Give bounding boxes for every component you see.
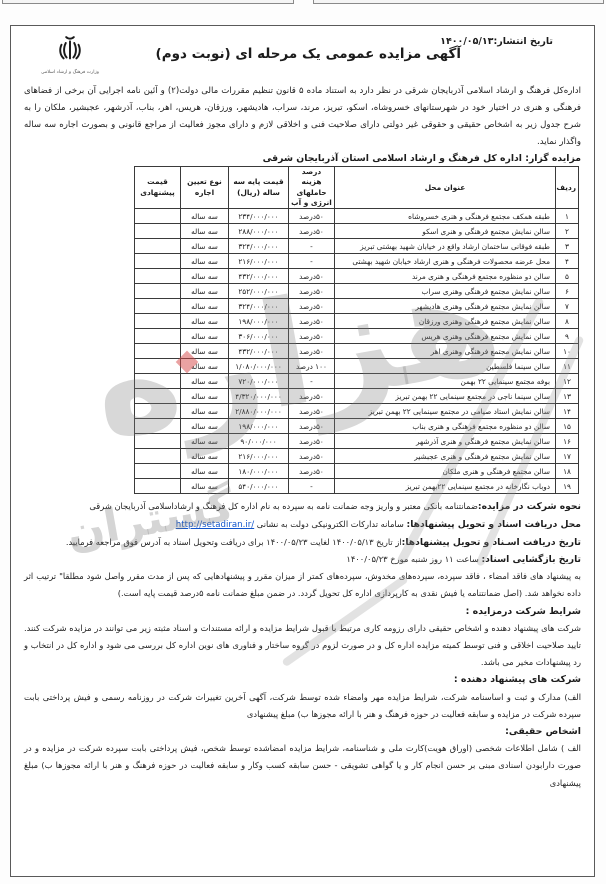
cell-place: سالن دو منظوره مجتمع فرهنگی و هنری مرند [335, 269, 556, 284]
cell-rent: سه ساله [181, 404, 229, 419]
cell-energy: ۵۰درصد [289, 344, 335, 359]
cell-no: ۱۴ [556, 404, 579, 419]
document-header: تاریخ انتشار:۱۴۰۰/۰۵/۱۳ آگهی مزایده عموم… [24, 31, 581, 81]
cell-proposed [135, 254, 181, 269]
cell-no: ۱ [556, 209, 579, 224]
table-row: ۱۲بوفه مجتمع سینمایی ۲۲ بهمن-۷۲۰/۰۰۰/۰۰۰… [135, 374, 579, 389]
cell-no: ۷ [556, 299, 579, 314]
section-label: نحوه شرکت در مزایده: [478, 501, 581, 512]
table-row: ۹سالن نمایش مجتمع فرهنگی وهنری هریس۵۰درص… [135, 329, 579, 344]
cell-base: ۲۱۶/۰۰۰/۰۰۰ [229, 254, 289, 269]
conditions-sections: نحوه شرکت در مزایده:ضمانتنامه بانکی معتب… [24, 498, 581, 791]
col-header-place: عنوان محل [335, 167, 556, 209]
cell-proposed [135, 239, 181, 254]
section-label: تاریخ بازگشایی اسناد: [481, 554, 581, 565]
cell-no: ۵ [556, 269, 579, 284]
cell-base: ۲۵۲/۰۰۰/۰۰۰ [229, 284, 289, 299]
col-header-row-no: ردیف [556, 167, 579, 209]
cell-energy: ۵۰درصد [289, 389, 335, 404]
section-invalid-bids: به پیشنهاد های فاقد امضاء ، فاقد سپرده، … [24, 568, 581, 602]
cell-no: ۱۳ [556, 389, 579, 404]
cell-proposed [135, 284, 181, 299]
section-text: ضمانتنامه بانکی معتبر و واریز وجه ضمانت … [89, 501, 478, 511]
section-individual-requirements: الف ) شامل اطلاعات شخصی (اوراق هویت)کارت… [24, 740, 581, 792]
auctioneer-label: مزایده گزار: [525, 153, 581, 164]
cell-rent: سه ساله [181, 359, 229, 374]
cell-no: ۸ [556, 314, 579, 329]
cell-energy: ۱۰۰ درصد [289, 359, 335, 374]
cell-place: سالن نمایش مجتمع فرهنگی و هنری اسکو [335, 224, 556, 239]
table-row: ۶سالن نمایش مجتمع فرهنگی وهنری سراب۵۰درص… [135, 284, 579, 299]
cell-proposed [135, 344, 181, 359]
cell-proposed [135, 314, 181, 329]
cell-place: سالن دو منظوره مجتمع فرهنگی و هنری بناب [335, 419, 556, 434]
cell-energy: ۵۰درصد [289, 419, 335, 434]
table-row: ۱۱سالن سینما فلسطین۱۰۰ درصد۱/۰۸۰/۰۰۰/۰۰۰… [135, 359, 579, 374]
cell-place: طبقه فوقانی ساختمان ارشاد واقع در خیابان… [335, 239, 556, 254]
ministry-logo: وزارت فرهنگ و ارشاد اسلامی [38, 32, 102, 76]
cell-no: ۱۵ [556, 419, 579, 434]
cell-place: سالن نمایش استاد صیامی در مجتمع سینمایی … [335, 404, 556, 419]
cell-energy: - [289, 374, 335, 389]
cell-proposed [135, 389, 181, 404]
cell-proposed [135, 269, 181, 284]
cell-rent: سه ساله [181, 224, 229, 239]
cell-base: ۲/۸۸۰/۰۰۰/۰۰۰ [229, 404, 289, 419]
setadiran-link[interactable]: http://setadiran.ir/ [176, 520, 254, 530]
cell-no: ۶ [556, 284, 579, 299]
section-heading-companies: شرکت های پیشنهاد دهنده : [24, 671, 581, 688]
cell-proposed [135, 329, 181, 344]
cell-no: ۱۲ [556, 374, 579, 389]
ministry-emblem-icon [54, 51, 86, 70]
ministry-name: وزارت فرهنگ و ارشاد اسلامی [38, 70, 102, 76]
cell-no: ۱۸ [556, 464, 579, 479]
cell-energy: ۵۰درصد [289, 224, 335, 239]
cell-rent: سه ساله [181, 389, 229, 404]
cell-place: سالن نمایش مجتمع فرهنگی وهنری اهر [335, 344, 556, 359]
page-title: آگهی مزایده عمومی یک مرحله ای (نوبت دوم) [164, 46, 461, 62]
table-row: ۱۰سالن نمایش مجتمع فرهنگی وهنری اهر۵۰درص… [135, 344, 579, 359]
cell-energy: ۵۰درصد [289, 329, 335, 344]
section-opening-date: تاریخ بازگشایی اسناد: ساعت ۱۱ روز شنبه م… [24, 551, 581, 568]
cell-no: ۳ [556, 239, 579, 254]
col-header-rent-type: نوع تعیین اجاره [181, 167, 229, 209]
intro-paragraph: اداره‌کل فرهنگ و ارشاد اسلامی آذربایجان … [24, 83, 581, 151]
table-row: ۲سالن نمایش مجتمع فرهنگی و هنری اسکو۵۰در… [135, 224, 579, 239]
cell-proposed [135, 419, 181, 434]
cell-energy: ۵۰درصد [289, 314, 335, 329]
table-row: ۴محل عرضه محصولات فرهنگی و هنری ارشاد خی… [135, 254, 579, 269]
cell-proposed [135, 209, 181, 224]
auction-table-body: ۱طبقه همکف مجتمع فرهنگی و هنری خسروشاه۵۰… [135, 209, 579, 494]
table-row: ۵سالن دو منظوره مجتمع فرهنگی و هنری مرند… [135, 269, 579, 284]
cell-base: ۷۲۰/۰۰۰/۰۰۰ [229, 374, 289, 389]
table-row: ۱۹دوباب نگارخانه در مجتمع سینمایی ۲۲بهمن… [135, 479, 579, 494]
cell-place: سالن نمایش مجتمع فرهنگی و هنری آذرشهر [335, 434, 556, 449]
cell-place: بوفه مجتمع سینمایی ۲۲ بهمن [335, 374, 556, 389]
cell-no: ۱۷ [556, 449, 579, 464]
cell-base: ۴۳۲/۰۰۰/۰۰۰ [229, 344, 289, 359]
section-text: به پیشنهاد های فاقد امضاء ، فاقد سپرده، … [24, 571, 581, 598]
top-panel-right [313, 0, 604, 4]
cell-proposed [135, 374, 181, 389]
cell-base: ۱۸۰/۰۰۰/۰۰۰ [229, 464, 289, 479]
cell-energy: ۵۰درصد [289, 209, 335, 224]
section-participation: نحوه شرکت در مزایده:ضمانتنامه بانکی معتب… [24, 498, 581, 515]
cell-no: ۱۰ [556, 344, 579, 359]
auction-table-header: ردیف عنوان محل درصد هزینه حاملهای انرژی … [135, 167, 579, 209]
section-heading-individuals: اشخاص حقیقی: [24, 723, 581, 740]
cell-proposed [135, 299, 181, 314]
cell-place: سالن نمایش مجتمع فرهنگی وهنری هریس [335, 329, 556, 344]
cell-proposed [135, 224, 181, 239]
cell-rent: سه ساله [181, 284, 229, 299]
cell-rent: سه ساله [181, 419, 229, 434]
cell-rent: سه ساله [181, 209, 229, 224]
cell-energy: ۵۰درصد [289, 269, 335, 284]
col-header-base-price: قیمت پایه سه ساله (ریال) [229, 167, 289, 209]
table-row: ۳طبقه فوقانی ساختمان ارشاد واقع در خیابا… [135, 239, 579, 254]
table-row: ۱۶سالن نمایش مجتمع فرهنگی و هنری آذرشهر۵… [135, 434, 579, 449]
cell-place: سالن نمایش مجتمع فرهنگی وهنری ورزقان [335, 314, 556, 329]
cell-proposed [135, 404, 181, 419]
col-header-proposed-price: قیمت پیشنهادی [135, 167, 181, 209]
cell-rent: سه ساله [181, 329, 229, 344]
cell-rent: سه ساله [181, 239, 229, 254]
section-label: محل دریافت اسناد و تحویل پیشنهادها: [407, 519, 581, 530]
cell-base: ۲۳۴/۰۰۰/۰۰۰ [229, 209, 289, 224]
table-row: ۱۴سالن نمایش استاد صیامی در مجتمع سینمای… [135, 404, 579, 419]
cell-place: سالن سینما ناجی در مجتمع سینمایی ۲۲ بهمن… [335, 389, 556, 404]
cell-base: ۴/۳۲۰/۰۰۰/۰۰۰ [229, 389, 289, 404]
section-document-location: محل دریافت اسناد و تحویل پیشنهادها: ساما… [24, 516, 581, 534]
cell-energy: - [289, 254, 335, 269]
cell-base: ۱/۰۸۰/۰۰۰/۰۰۰ [229, 359, 289, 374]
cell-energy: ۵۰درصد [289, 299, 335, 314]
cell-place: سالن نمایش مجتمع فرهنگی و هنری عجبشیر [335, 449, 556, 464]
cell-place: محل عرضه محصولات فرهنگی و هنری ارشاد خیا… [335, 254, 556, 269]
cell-no: ۱۶ [556, 434, 579, 449]
cell-rent: سه ساله [181, 299, 229, 314]
cell-base: ۹۰/۰۰۰/۰۰۰ [229, 434, 289, 449]
cell-rent: سه ساله [181, 344, 229, 359]
table-row: ۷سالن نمایش مجتمع فرهنگی وهنری هادیشهر۵۰… [135, 299, 579, 314]
cell-no: ۲ [556, 224, 579, 239]
cell-energy: ۵۰درصد [289, 449, 335, 464]
cell-proposed [135, 359, 181, 374]
page-canvas: تاریخ انتشار:۱۴۰۰/۰۵/۱۳ آگهی مزایده عموم… [0, 0, 606, 884]
top-panel-left [2, 0, 294, 4]
cell-no: ۱۱ [556, 359, 579, 374]
cell-proposed [135, 479, 181, 494]
table-row: ۸سالن نمایش مجتمع فرهنگی وهنری ورزقان۵۰د… [135, 314, 579, 329]
cell-proposed [135, 464, 181, 479]
cell-rent: سه ساله [181, 434, 229, 449]
cell-energy: ۵۰درصد [289, 464, 335, 479]
cell-place: سالن نمایش مجتمع فرهنگی وهنری هادیشهر [335, 299, 556, 314]
section-eligibility: شرکت های پیشنهاد دهنده و اشخاص حقیقی دار… [24, 620, 581, 672]
cell-energy: ۵۰درصد [289, 434, 335, 449]
cell-energy: ۵۰درصد [289, 284, 335, 299]
cell-base: ۲۸۸/۰۰۰/۰۰۰ [229, 224, 289, 239]
table-row: ۱۸سالن مجتمع فرهنگی و هنری ملکان۵۰درصد۱۸… [135, 464, 579, 479]
cell-place: دوباب نگارخانه در مجتمع سینمایی ۲۲بهمن ت… [335, 479, 556, 494]
cell-energy: - [289, 239, 335, 254]
cell-proposed [135, 434, 181, 449]
cell-place: طبقه همکف مجتمع فرهنگی و هنری خسروشاه [335, 209, 556, 224]
cell-base: ۵۴۰/۰۰۰/۰۰۰ [229, 479, 289, 494]
cell-rent: سه ساله [181, 479, 229, 494]
cell-base: ۳۰۶/۰۰۰/۰۰۰ [229, 329, 289, 344]
section-text: از تاریخ ۱۴۰۰/۰۵/۱۳ لغایت ۱۴۰۰/۰۵/۲۳ برا… [66, 537, 402, 547]
table-row: ۱۷سالن نمایش مجتمع فرهنگی و هنری عجبشیر۵… [135, 449, 579, 464]
auction-table: ردیف عنوان محل درصد هزینه حاملهای انرژی … [134, 166, 579, 494]
cell-no: ۴ [556, 254, 579, 269]
auction-announcement-document: تاریخ انتشار:۱۴۰۰/۰۵/۱۳ آگهی مزایده عموم… [10, 25, 595, 877]
cell-rent: سه ساله [181, 374, 229, 389]
cell-rent: سه ساله [181, 464, 229, 479]
cell-base: ۱۹۸/۰۰۰/۰۰۰ [229, 419, 289, 434]
section-text: ساعت ۱۱ روز شنبه مورخ ۱۴۰۰/۰۵/۲۳ [346, 554, 481, 564]
section-company-requirements: الف) مدارک و ثبت و اساسنامه شرکت، شرایط … [24, 689, 581, 723]
section-label: تاریخ دریافت اسـناد و تحویل پیشنهادها: [402, 537, 581, 548]
cell-place: سالن مجتمع فرهنگی و هنری ملکان [335, 464, 556, 479]
section-text: سامانه تدارکات الکترونیکی دولت به نشانی [254, 519, 406, 529]
cell-no: ۹ [556, 329, 579, 344]
cell-base: ۳۲۴/۰۰۰/۰۰۰ [229, 299, 289, 314]
cell-place: سالن نمایش مجتمع فرهنگی وهنری سراب [335, 284, 556, 299]
cell-base: ۴۳۲/۰۰۰/۰۰۰ [229, 269, 289, 284]
cell-base: ۲۱۶/۰۰۰/۰۰۰ [229, 449, 289, 464]
cell-energy: ۵۰درصد [289, 404, 335, 419]
section-heading-conditions: شرایط شرکت درمزایده : [24, 603, 581, 620]
cell-rent: سه ساله [181, 314, 229, 329]
cell-place: سالن سینما فلسطین [335, 359, 556, 374]
table-row: ۱۳سالن سینما ناجی در مجتمع سینمایی ۲۲ به… [135, 389, 579, 404]
col-header-energy: درصد هزینه حاملهای انرژی و آب [289, 167, 335, 209]
section-text: الف) مدارک و ثبت و اساسنامه شرکت، شرایط … [24, 692, 581, 719]
table-row: ۱۵سالن دو منظوره مجتمع فرهنگی و هنری بنا… [135, 419, 579, 434]
section-text: شرکت های پیشنهاد دهنده و اشخاص حقیقی دار… [24, 623, 581, 667]
auctioneer-text: اداره کل فرهنگ و ارشاد اسلامی استان آذرب… [263, 153, 526, 164]
cell-no: ۱۹ [556, 479, 579, 494]
auctioneer-line: مزایده گزار: اداره کل فرهنگ و ارشاد اسلا… [24, 153, 581, 164]
table-row: ۱طبقه همکف مجتمع فرهنگی و هنری خسروشاه۵۰… [135, 209, 579, 224]
cell-rent: سه ساله [181, 254, 229, 269]
cell-proposed [135, 449, 181, 464]
section-text: الف ) شامل اطلاعات شخصی (اوراق هویت)کارت… [24, 743, 581, 787]
cell-base: ۳۲۴/۰۰۰/۰۰۰ [229, 239, 289, 254]
cell-rent: سه ساله [181, 449, 229, 464]
cell-energy: - [289, 479, 335, 494]
cell-base: ۱۹۸/۰۰۰/۰۰۰ [229, 314, 289, 329]
section-document-dates: تاریخ دریافت اسـناد و تحویل پیشنهادها:از… [24, 534, 581, 551]
cell-rent: سه ساله [181, 269, 229, 284]
